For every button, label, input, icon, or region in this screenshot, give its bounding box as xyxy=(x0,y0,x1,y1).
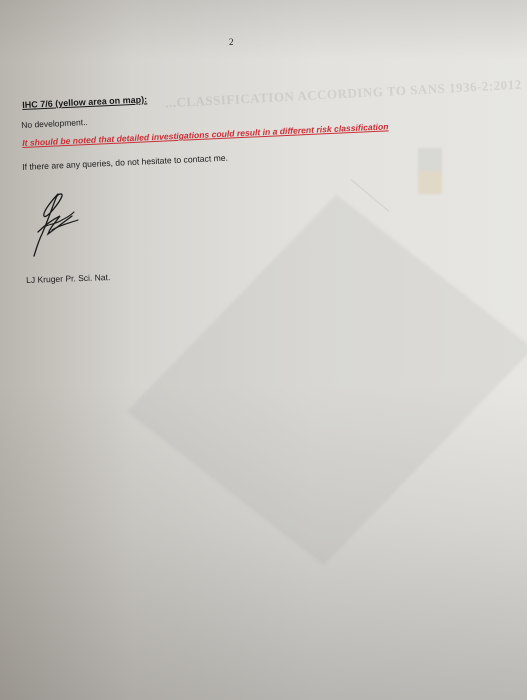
photo-shadow xyxy=(0,0,527,60)
signatory-name: LJ Kruger Pr. Sci. Nat. xyxy=(26,272,110,285)
bleed-through-heading: ...CLASSIFICATION ACCORDING TO SANS 1936… xyxy=(165,77,522,112)
bleed-through-legend xyxy=(418,148,442,194)
signature-icon xyxy=(28,190,88,260)
document-page: ...CLASSIFICATION ACCORDING TO SANS 1936… xyxy=(0,0,527,700)
section-heading: IHC 7/6 (yellow area on map): xyxy=(22,94,147,110)
contact-line: If there are any queries, do not hesitat… xyxy=(22,153,228,172)
body-line-no-development: No development.. xyxy=(21,117,88,130)
bleed-through-line xyxy=(351,179,390,212)
page-number: 2 xyxy=(229,37,234,47)
bleed-through-map xyxy=(127,195,527,566)
